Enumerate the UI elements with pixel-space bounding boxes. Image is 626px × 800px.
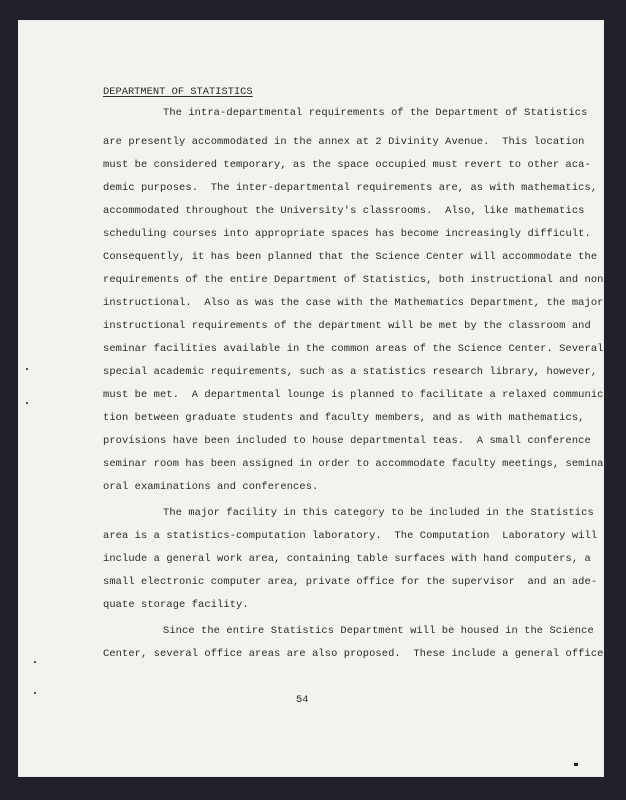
- text-line: Consequently, it has been planned that t…: [103, 250, 597, 264]
- scan-speck: [34, 661, 36, 663]
- scan-speck: [574, 763, 578, 766]
- text-line: scheduling courses into appropriate spac…: [103, 227, 591, 241]
- text-line: instructional. Also as was the case with…: [103, 296, 604, 310]
- scan-speck: [26, 402, 28, 404]
- scan-speck: [26, 368, 28, 370]
- text-line: demic purposes. The inter-departmental r…: [103, 181, 597, 195]
- text-line: Since the entire Statistics Department w…: [163, 624, 594, 638]
- text-line: oral examinations and conferences.: [103, 480, 318, 494]
- text-line: The major facility in this category to b…: [163, 506, 594, 520]
- text-line: are presently accommodated in the annex …: [103, 135, 585, 149]
- text-line: seminar room has been assigned in order …: [103, 457, 623, 471]
- scan-speck: [34, 692, 36, 694]
- text-line: small electronic computer area, private …: [103, 575, 597, 589]
- text-line: must be met. A departmental lounge is pl…: [103, 388, 616, 402]
- text-line: tion between graduate students and facul…: [103, 411, 585, 425]
- text-line: The intra-departmental requirements of t…: [163, 106, 587, 120]
- text-line: Center, several office areas are also pr…: [103, 647, 604, 661]
- section-heading: DEPARTMENT OF STATISTICS: [103, 86, 253, 98]
- text-line: accommodated throughout the University's…: [103, 204, 585, 218]
- text-line: include a general work area, containing …: [103, 552, 591, 566]
- text-line: quate storage facility.: [103, 598, 249, 612]
- text-line: requirements of the entire Department of…: [103, 273, 610, 287]
- text-line: provisions have been included to house d…: [103, 434, 591, 448]
- text-line: must be considered temporary, as the spa…: [103, 158, 591, 172]
- text-line: instructional requirements of the depart…: [103, 319, 591, 333]
- text-line: seminar facilities available in the comm…: [103, 342, 604, 356]
- document-page: DEPARTMENT OF STATISTICS The intra-depar…: [18, 20, 604, 777]
- text-line: special academic requirements, such as a…: [103, 365, 597, 379]
- page-number: 54: [296, 694, 308, 706]
- text-line: area is a statistics-computation laborat…: [103, 529, 597, 543]
